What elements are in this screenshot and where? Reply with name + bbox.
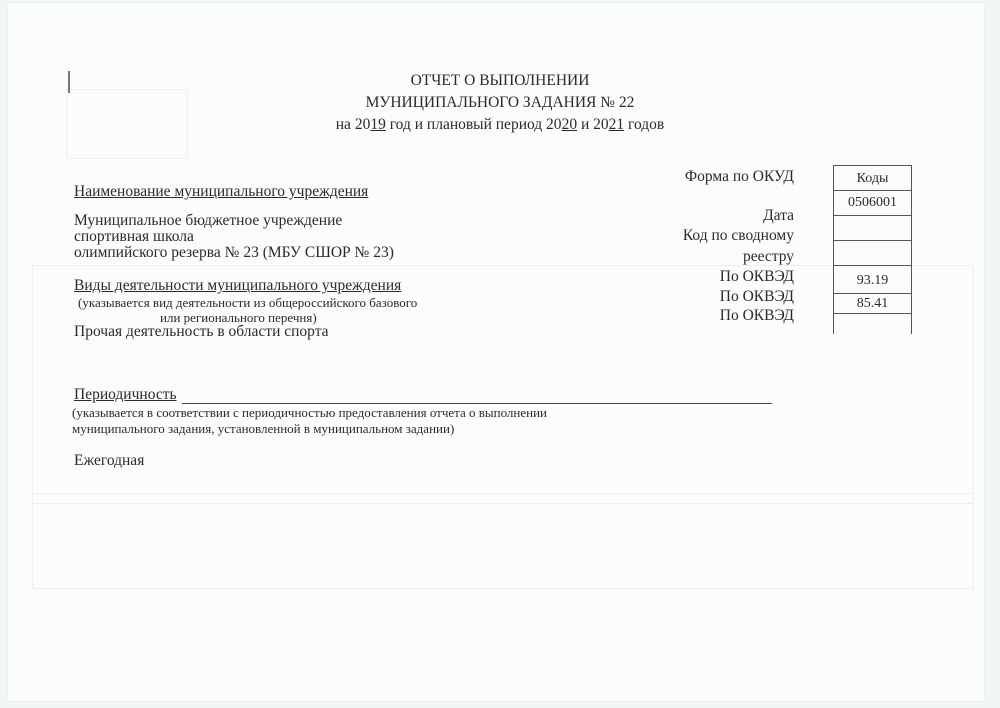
- report-period: на 2019 год и плановый период 2020 и 202…: [0, 116, 1000, 134]
- periodicity-note-line2: муниципального задания, установленной в …: [72, 421, 454, 437]
- institution-heading: Наименование муниципального учреждения: [74, 183, 368, 201]
- label-okud: Форма по ОКУД: [594, 168, 794, 186]
- activities-value: Прочая деятельность в области спорта: [74, 323, 329, 341]
- periodicity-fill-line: [182, 403, 772, 404]
- report-title-line2: МУНИЦИПАЛЬНОГО ЗАДАНИЯ № 22: [0, 94, 1000, 112]
- periodicity-heading: Периодичность: [74, 386, 177, 404]
- period-tail: годов: [624, 116, 664, 133]
- bleed-through-rule: [32, 503, 972, 504]
- report-year: 19: [370, 116, 386, 133]
- label-date: Дата: [594, 207, 794, 225]
- periodicity-value: Ежегодная: [74, 452, 144, 470]
- period-prefix: на 20: [336, 116, 371, 133]
- code-registry-value: [833, 240, 912, 266]
- label-okved-3: По ОКВЭД: [594, 307, 794, 325]
- label-registry-line1: Код по сводному: [594, 227, 794, 245]
- periodicity-label: Периодичность: [74, 386, 177, 403]
- code-okved3-value: [833, 313, 912, 334]
- report-title-line1: ОТЧЕТ О ВЫПОЛНЕНИИ: [0, 72, 1000, 90]
- plan-year-1: 20: [562, 116, 578, 133]
- plan-year-2: 21: [609, 116, 625, 133]
- institution-name-line2: спортивная школа: [74, 229, 194, 245]
- period-mid2: и 20: [577, 116, 609, 133]
- label-okved-2: По ОКВЭД: [594, 288, 794, 306]
- institution-name-line1: Муниципальное бюджетное учреждение: [74, 213, 342, 229]
- activities-note-line1: (указывается вид деятельности из общерос…: [78, 295, 417, 311]
- label-okved-1: По ОКВЭД: [594, 268, 794, 286]
- period-mid1: год и плановый период 20: [386, 116, 562, 133]
- periodicity-note-line1: (указывается в соответствии с периодично…: [72, 405, 547, 421]
- code-okved1-value: 93.19: [833, 265, 912, 294]
- codes-header: Коды: [833, 165, 912, 191]
- bleed-through-rule: [32, 493, 972, 494]
- code-date-value: [833, 215, 912, 241]
- label-registry-line2: реестру: [594, 248, 794, 266]
- code-okved2-value: 85.41: [833, 293, 912, 314]
- activities-heading: Виды деятельности муниципального учрежде…: [74, 277, 401, 295]
- institution-name-line3: олимпийского резерва № 23 (МБУ СШОР № 23…: [74, 245, 394, 261]
- code-okud-value: 0506001: [833, 190, 912, 216]
